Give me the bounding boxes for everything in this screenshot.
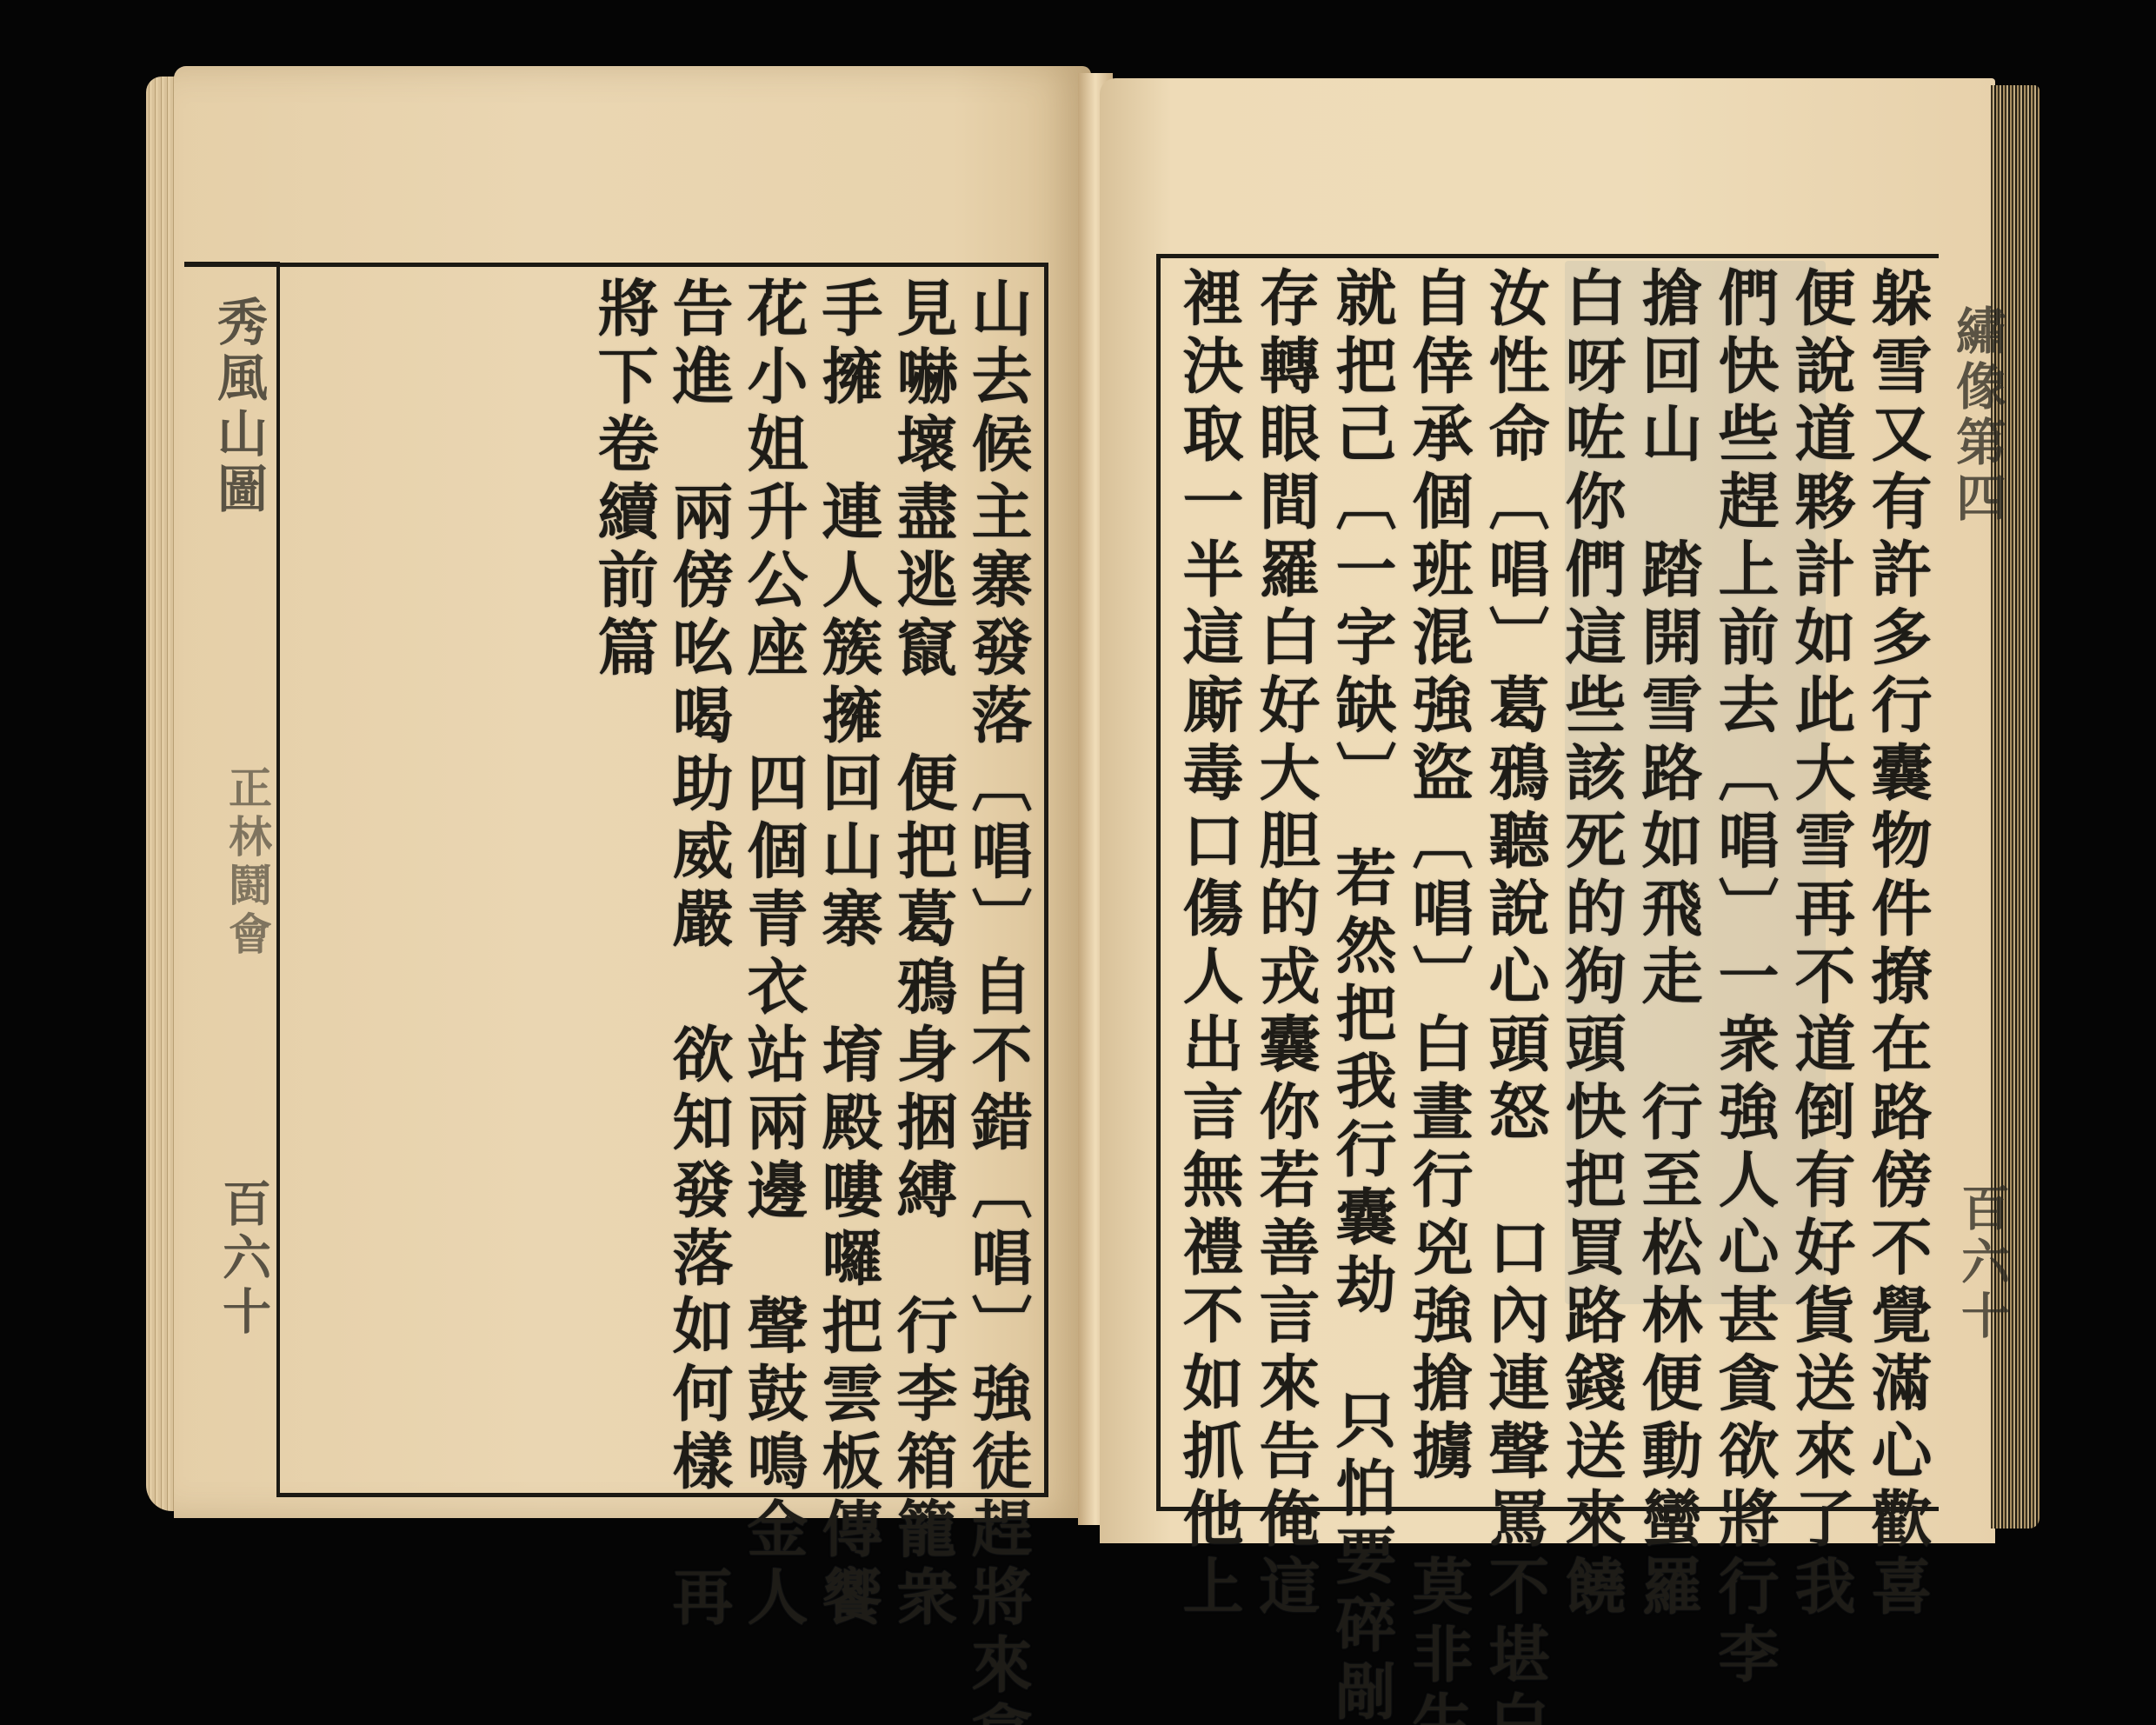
right-text-columns: 躲雪又有許多行囊物件撩在路傍不覺滿心歡喜 便說道夥計如此大雪再不道倒有好貨送來了… (1169, 266, 1934, 1501)
text-column: 花小姐升公座 四個青衣站兩邊 聲鼓鳴金人 (735, 276, 810, 1485)
left-margin-title: 秀風山圖 (202, 296, 275, 518)
text-column: 裡決取一半這廝毒口傷人出言無禮不如抓他上 (1169, 266, 1246, 1501)
text-column: 躲雪又有許多行囊物件撩在路傍不覺滿心歡喜 (1858, 266, 1934, 1501)
left-text-columns: 山去候主寨發落〔唱〕自不錯〔唱〕強徒趕將來拿住僮 見嚇壞盡逃竄 便把葛鴉身捆縛 … (287, 276, 1035, 1485)
text-column: 告進 兩傍吆喝助威嚴 欲知發落如何樣 再 (661, 276, 735, 1485)
right-margin-page-number: 百六十 (1947, 1182, 2017, 1344)
text-column: 見嚇壞盡逃竄 便把葛鴉身捆縛 行李箱籠衆 (885, 276, 960, 1485)
text-column: 山去候主寨發落〔唱〕自不錯〔唱〕強徒趕將來拿住僮 (960, 276, 1035, 1485)
text-column: 汝性命〔唱〕葛鴉聽說心頭怒 口內連聲罵不堪白 (1475, 266, 1552, 1501)
text-column: 就把己〔一字缺〕 若然把我行囊劫 只怕要碎剮凌遲 (1322, 266, 1399, 1501)
text-column: 搶回山 踏開雪路如飛走 行至松林便動蠻羅 (1628, 266, 1705, 1501)
text-column: 手擁 連人簇擁回山寨 堉殿嘍囉把雲板傳饗 (810, 276, 885, 1485)
text-column: 們快些趕上前去〔唱〕一衆強人心甚貪欲將行李 (1705, 266, 1781, 1501)
text-column: 將下卷續前篇 (586, 276, 661, 1485)
text-column: 自倖承個班混強盜〔唱〕白晝行兇強搶擄 莫非生 (1399, 266, 1475, 1501)
right-margin-title: 繡像第四 (1940, 304, 2013, 527)
text-column: 存轉眼間羅白好大胆的戎囊你若善言來告俺這 (1246, 266, 1322, 1501)
left-margin-page-number: 百六十 (209, 1178, 278, 1340)
text-column: 白呀咗你們這些該死的狗頭快把買路錢送來饒 (1552, 266, 1628, 1501)
text-column: 便說道夥計如此大雪再不道倒有好貨送來了我 (1781, 266, 1858, 1501)
left-margin-subtitle: 正林鬪會 (216, 765, 278, 960)
